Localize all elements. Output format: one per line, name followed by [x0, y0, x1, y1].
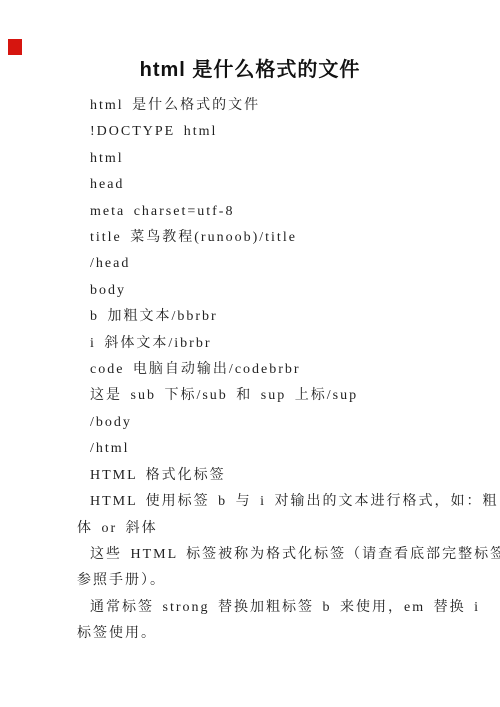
text-line: 体 or 斜体 [77, 516, 450, 542]
text-line: b 加粗文本/bbrbr [77, 304, 450, 330]
text-line: HTML 使用标签 b 与 i 对输出的文本进行格式，如：粗 [77, 489, 450, 515]
page-title: html 是什么格式的文件 [0, 55, 500, 85]
text-line: html 是什么格式的文件 [77, 93, 450, 119]
text-line: body [77, 278, 450, 304]
document-page: html 是什么格式的文件 html 是什么格式的文件!DOCTYPE html… [0, 0, 500, 707]
text-line: 这些 HTML 标签被称为格式化标签（请查看底部完整标签 [77, 542, 450, 568]
text-line: 这是 sub 下标/sub 和 sup 上标/sup [77, 383, 450, 409]
document-body: html 是什么格式的文件!DOCTYPE htmlhtmlheadmeta c… [0, 93, 500, 648]
text-line: 通常标签 strong 替换加粗标签 b 来使用，em 替换 i [77, 595, 450, 621]
red-square-mark [8, 39, 22, 55]
text-line: HTML 格式化标签 [77, 463, 450, 489]
text-line: 参照手册）。 [77, 568, 450, 594]
text-line: /body [77, 410, 450, 436]
text-line: html [77, 146, 450, 172]
text-line: meta charset=utf-8 [77, 199, 450, 225]
text-line: 标签使用。 [77, 621, 450, 647]
text-line: /html [77, 436, 450, 462]
text-line: i 斜体文本/ibrbr [77, 331, 450, 357]
text-line: title 菜鸟教程(runoob)/title [77, 225, 450, 251]
text-line: code 电脑自动输出/codebrbr [77, 357, 450, 383]
text-line: !DOCTYPE html [77, 119, 450, 145]
text-line: head [77, 172, 450, 198]
text-line: /head [77, 251, 450, 277]
